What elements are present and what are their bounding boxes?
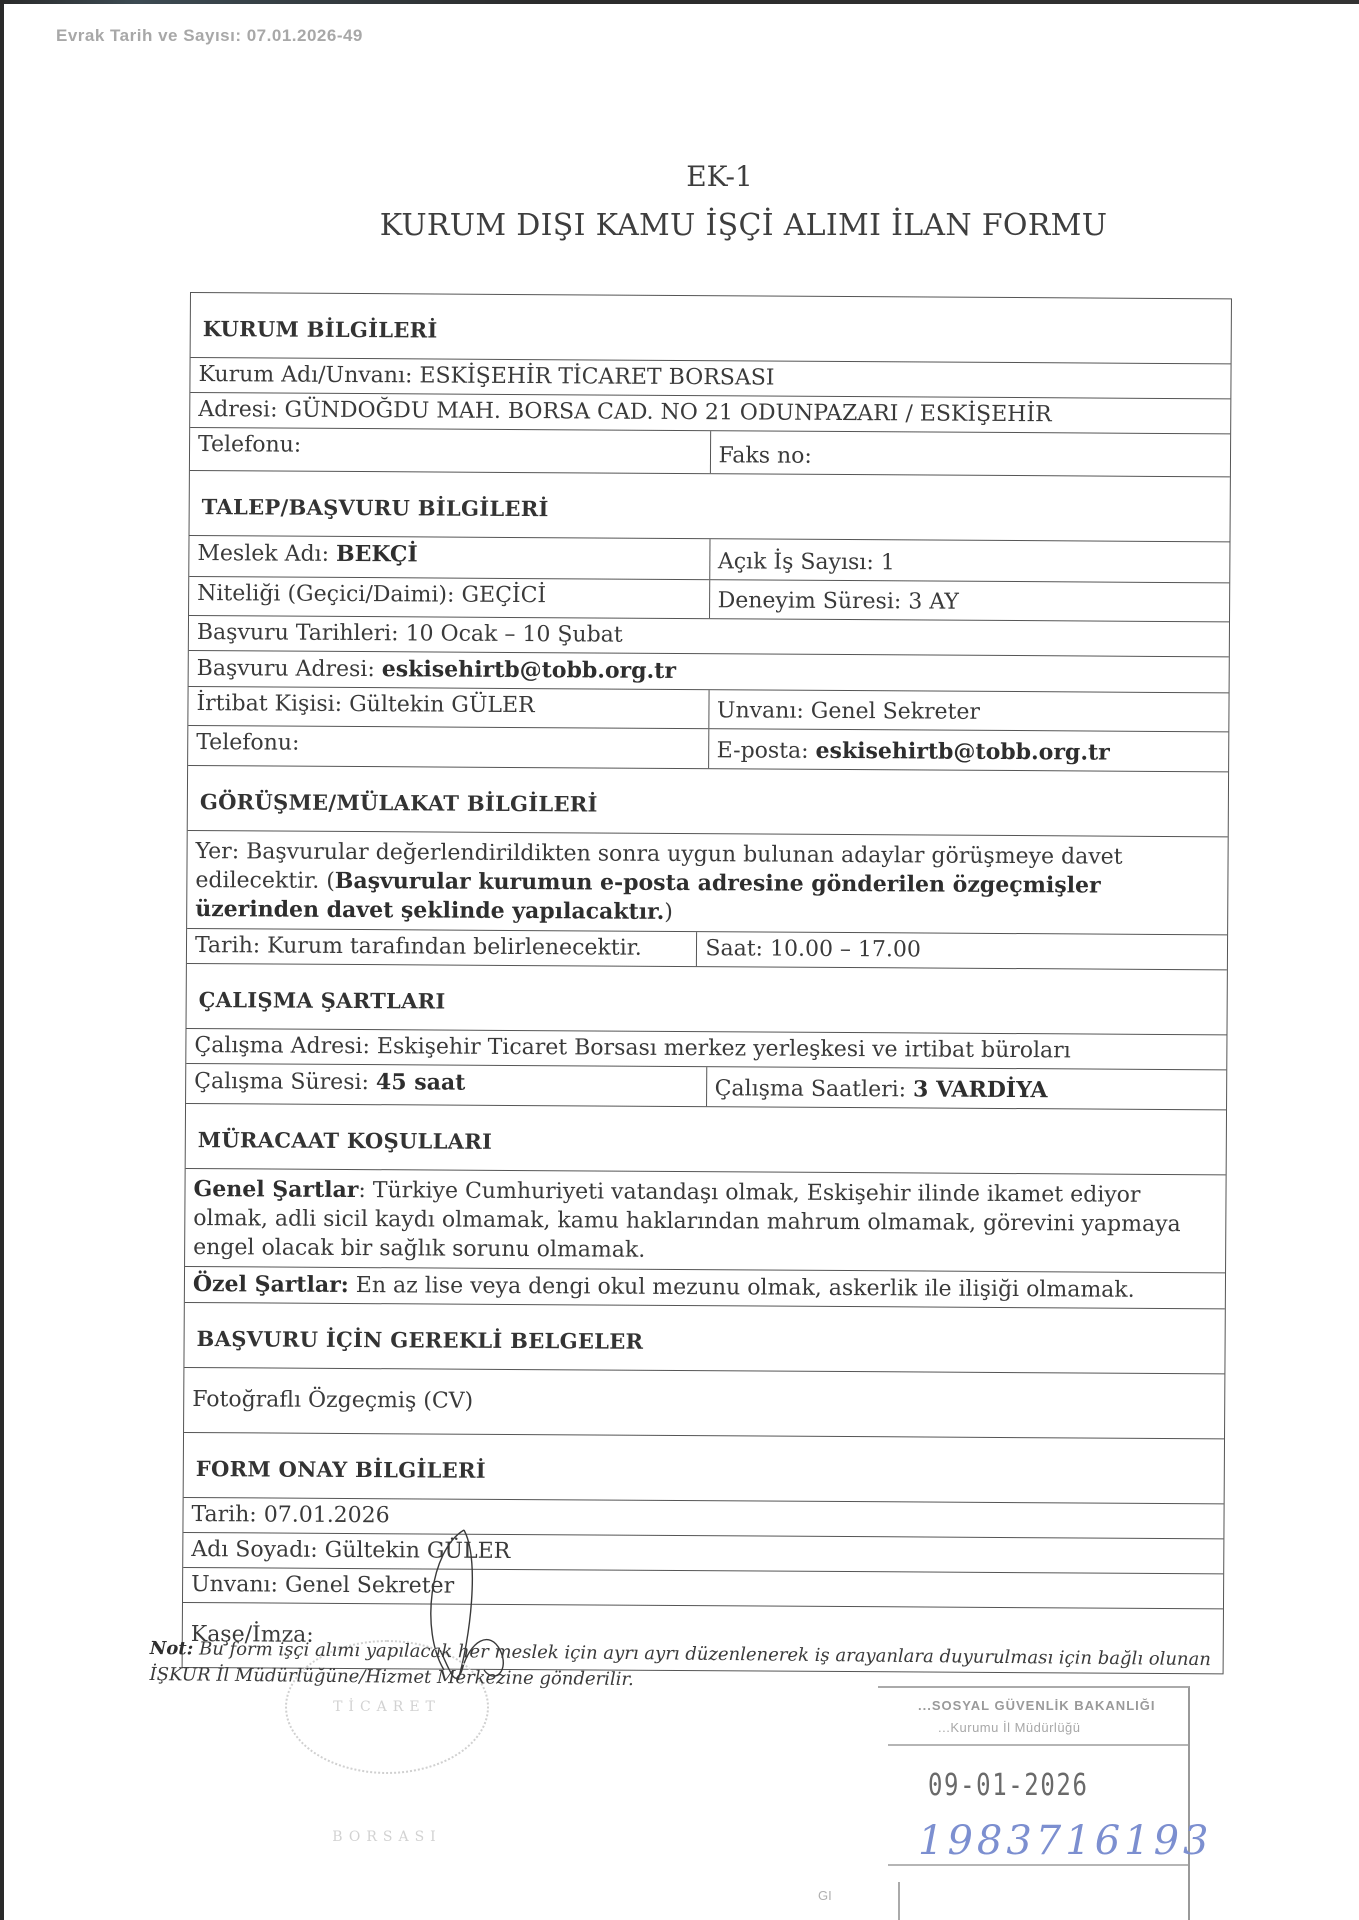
note-text: Bu form işçi alımı yapılacak her meslek …	[149, 1639, 1211, 1691]
interview-time: 10.00 – 17.00	[770, 937, 921, 963]
announcement-form: KURUM BİLGİLERİ Kurum Adı/Unvanı: ESKİŞE…	[182, 292, 1232, 1674]
stamp-divider	[888, 1864, 1188, 1866]
field-row: Meslek Adı: BEKÇİ Açık İş Sayısı: 1	[189, 536, 1229, 583]
stamp-date: 09-01-2026	[928, 1768, 1089, 1803]
stamp-divider	[888, 1744, 1188, 1746]
section-heading: TALEP/BAŞVURU BİLGİLERİ	[190, 482, 1230, 530]
section-heading: MÜRACAAT KOŞULLARI	[186, 1115, 1226, 1163]
field-label: Deneyim Süresi:	[718, 588, 902, 614]
approval-date: 07.01.2026	[264, 1502, 390, 1528]
field-label: Telefonu:	[198, 432, 301, 458]
section-heading: FORM ONAY BİLGİLERİ	[184, 1444, 1224, 1492]
section-gorusme: GÖRÜŞME/MÜLAKAT BİLGİLERİ	[188, 766, 1228, 837]
section-kurum: KURUM BİLGİLERİ	[191, 293, 1231, 364]
occupation-name: BEKÇİ	[336, 541, 418, 567]
field-label: Yer:	[196, 839, 240, 864]
section-muracaat: MÜRACAAT KOŞULLARI	[186, 1104, 1226, 1175]
field-row: Fotoğraflı Özgeçmiş (CV)	[184, 1368, 1224, 1439]
section-calisma: ÇALIŞMA ŞARTLARI	[186, 964, 1226, 1035]
work-hours: 3 VARDİYA	[913, 1076, 1048, 1103]
field-label: Tarih:	[191, 1502, 256, 1527]
field-label: Açık İş Sayısı:	[718, 549, 874, 575]
work-duration: 45 saat	[376, 1069, 466, 1096]
work-address: Eskişehir Ticaret Borsası merkez yerleşk…	[377, 1034, 1071, 1063]
paren-close: )	[664, 900, 673, 925]
annex-label: EK-1	[40, 160, 1359, 193]
field-label: Telefonu:	[196, 730, 299, 756]
application-dates: 10 Ocak – 10 Şubat	[406, 621, 623, 647]
scan-edge-left	[0, 0, 4, 1920]
field-label: Başvuru Adresi:	[197, 656, 375, 682]
section-onay: FORM ONAY BİLGİLERİ	[184, 1433, 1224, 1504]
receipt-stamp: ...SOSYAL GÜVENLİK BAKANLIĞI ...Kurumu İ…	[878, 1686, 1190, 1920]
section-heading: KURUM BİLGİLERİ	[191, 304, 1231, 352]
contact-title: Genel Sekreter	[811, 699, 980, 725]
field-label: Meslek Adı:	[197, 541, 329, 567]
field-row: Telefonu: Faks no:	[190, 428, 1230, 477]
field-label: Adı Soyadı:	[191, 1537, 318, 1563]
field-label: Çalışma Saatleri:	[715, 1076, 907, 1102]
stamp-directorate: ...Kurumu İl Müdürlüğü	[938, 1720, 1081, 1735]
section-heading: ÇALIŞMA ŞARTLARI	[187, 975, 1227, 1023]
required-document: Fotoğraflı Özgeçmiş (CV)	[184, 1383, 1224, 1423]
application-email: eskisehirtb@tobb.org.tr	[382, 656, 676, 684]
field-label: Genel Şartlar	[193, 1176, 358, 1203]
employment-type: GEÇİCİ	[461, 583, 546, 609]
field-label: Niteliği (Geçici/Daimi):	[197, 581, 454, 608]
section-heading: GÖRÜŞME/MÜLAKAT BİLGİLERİ	[188, 777, 1228, 825]
field-row: İrtibat Kişisi: Gültekin GÜLER Unvanı: G…	[188, 687, 1228, 732]
stamp-box	[898, 1882, 900, 1920]
field-row: Telefonu: E-posta: eskisehirtb@tobb.org.…	[188, 726, 1228, 772]
field-label: Tarih:	[195, 933, 260, 958]
contact-email: eskisehirtb@tobb.org.tr	[816, 738, 1110, 766]
field-label: Faks no:	[718, 443, 811, 469]
field-row: Çalışma Süresi: 45 saat Çalışma Saatleri…	[186, 1064, 1226, 1110]
institution-name: ESKİŞEHİR TİCARET BORSASI	[419, 363, 774, 390]
special-requirements: En az lise veya dengi okul mezunu olmak,…	[356, 1273, 1135, 1303]
field-row: Yer: Başvurular değerlendirildikten sonr…	[187, 831, 1228, 935]
experience-duration: 3 AY	[908, 589, 959, 614]
field-label: E-posta:	[717, 738, 809, 764]
field-label: İrtibat Kişisi:	[196, 691, 342, 717]
field-row: Niteliği (Geçici/Daimi): GEÇİCİ Deneyim …	[189, 577, 1229, 622]
field-label: Saat:	[705, 936, 763, 961]
document-reference: Evrak Tarih ve Sayısı: 07.01.2026-49	[56, 26, 363, 46]
field-label: Unvanı:	[717, 698, 804, 724]
contact-person: Gültekin GÜLER	[349, 692, 535, 718]
field-label: Özel Şartlar:	[193, 1271, 349, 1298]
field-label: Unvanı:	[191, 1572, 278, 1598]
section-talep: TALEP/BAŞVURU BİLGİLERİ	[190, 471, 1230, 542]
stamp-ministry: ...SOSYAL GÜVENLİK BAKANLIĞI	[918, 1698, 1155, 1713]
page-title: KURUM DIŞI KAMU İŞÇİ ALIMI İLAN FORMU	[64, 208, 1359, 243]
field-row: Genel Şartlar: Türkiye Cumhuriyeti vatan…	[185, 1169, 1226, 1273]
field-label: Başvuru Tarihleri:	[197, 620, 399, 646]
open-positions: 1	[881, 550, 895, 575]
scan-edge-top	[0, 0, 1359, 4]
field-label: Kurum Adı/Unvanı:	[198, 362, 412, 388]
stamp-number: 1983716193	[918, 1818, 1213, 1864]
institution-address: GÜNDOĞDU MAH. BORSA CAD. NO 21 ODUNPAZAR…	[284, 398, 1051, 428]
field-label: Adresi:	[198, 397, 277, 422]
field-label: Çalışma Süresi:	[194, 1069, 369, 1095]
interview-date: Kurum tarafından belirlenecektir.	[267, 933, 642, 960]
section-heading: BAŞVURU İÇİN GEREKLİ BELGELER	[185, 1314, 1225, 1362]
note-label: Not:	[150, 1638, 194, 1659]
field-label: Çalışma Adresi:	[194, 1033, 370, 1059]
stamp-label: GI	[818, 1888, 832, 1903]
section-belgeler: BAŞVURU İÇİN GEREKLİ BELGELER	[184, 1303, 1224, 1374]
